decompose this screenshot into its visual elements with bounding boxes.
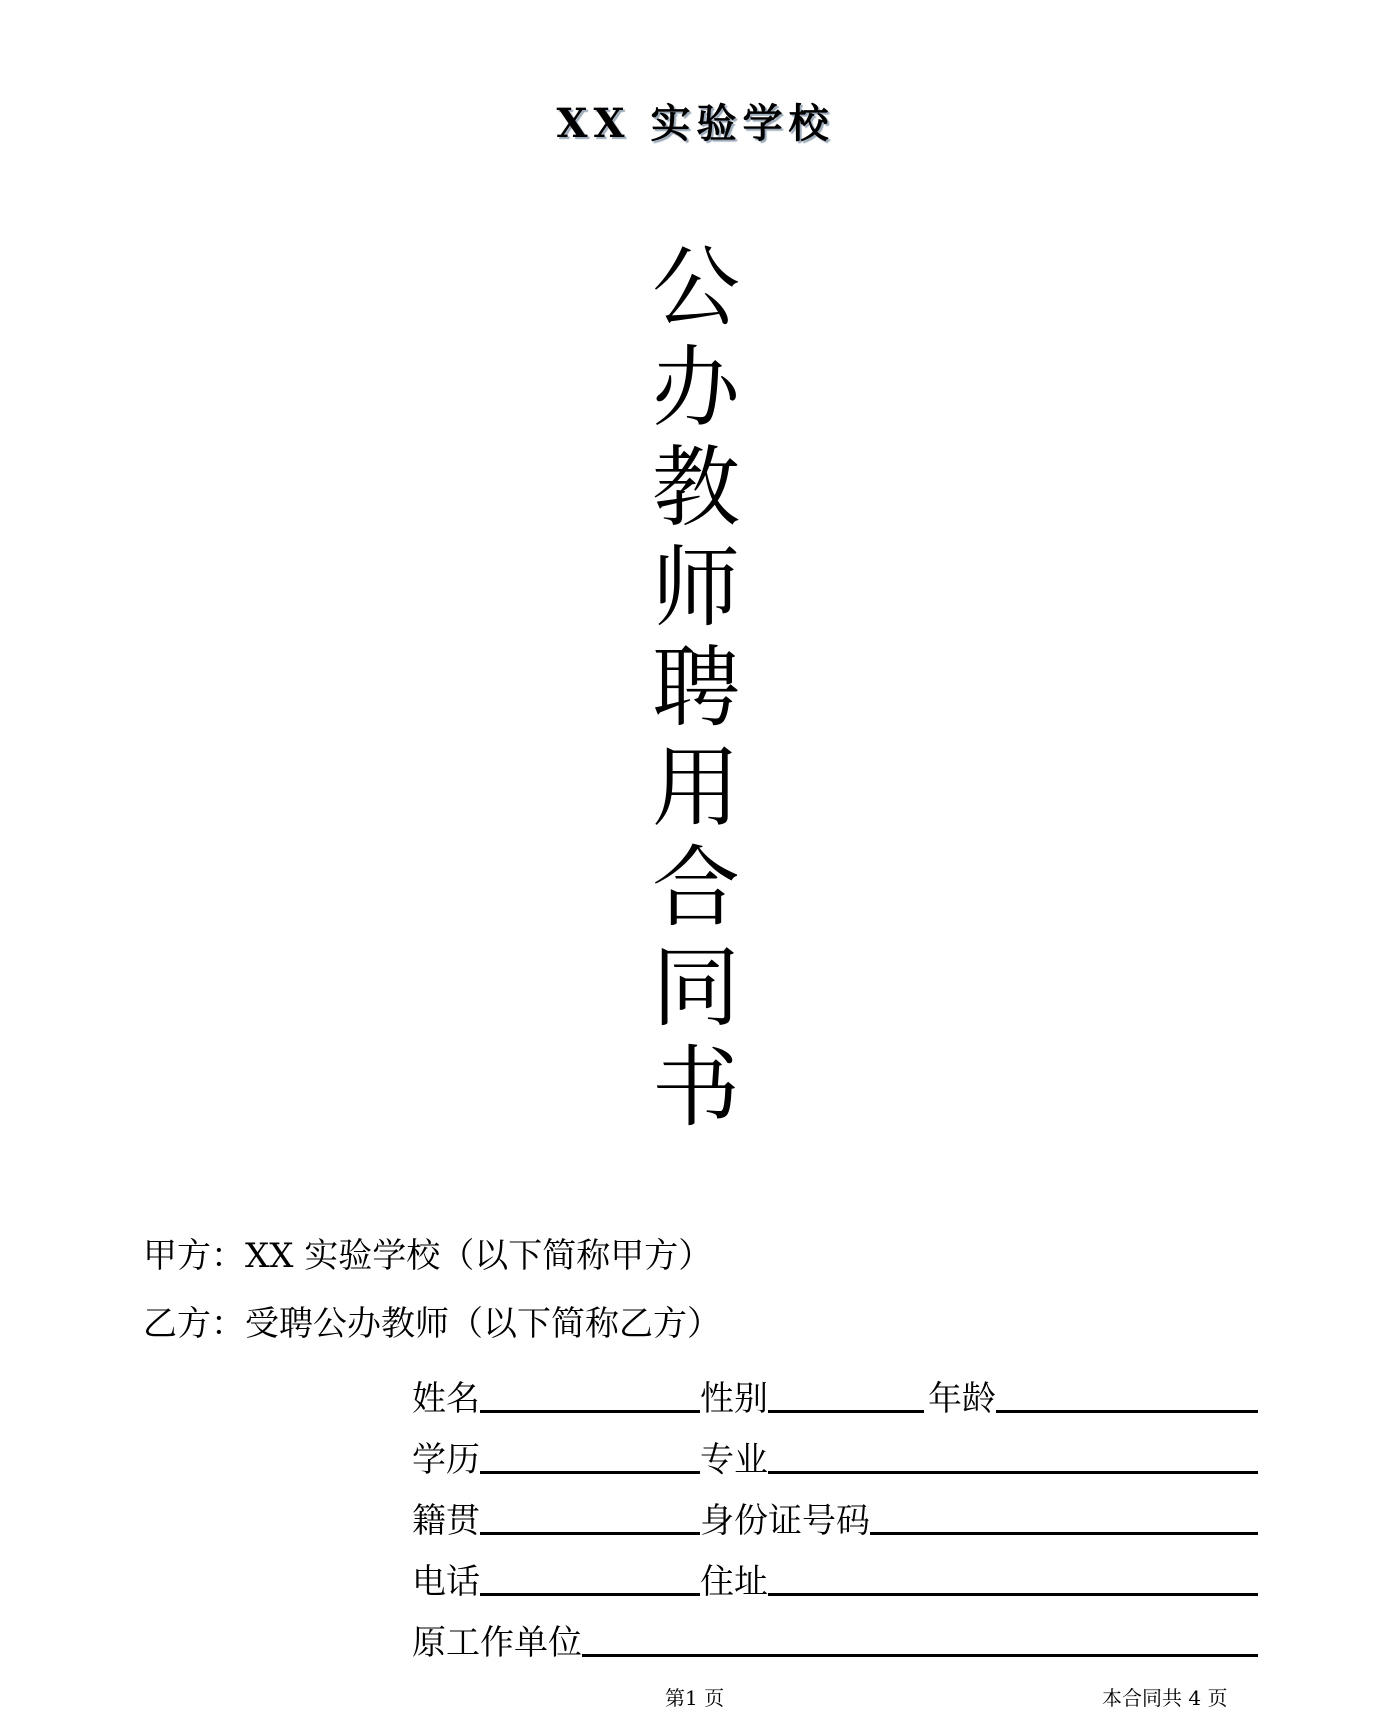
major-label: 专业 — [700, 1440, 768, 1480]
education-field[interactable] — [480, 1471, 700, 1474]
form-row-name: 姓名 性别 年龄 — [412, 1358, 1258, 1419]
title-char: 师 — [646, 538, 746, 638]
name-field[interactable] — [480, 1410, 700, 1413]
contract-title: 公 办 教 师 聘 用 合 同 书 — [646, 238, 746, 1138]
title-char: 书 — [646, 1038, 746, 1138]
form-row-native-place: 籍贯 身份证号码 — [412, 1480, 1258, 1541]
personal-info-form: 姓名 性别 年龄 学历 专业 籍贯 身份证号码 电话 住址 原工作单位 — [412, 1358, 1258, 1663]
native-place-label: 籍贯 — [412, 1501, 480, 1541]
age-label: 年龄 — [928, 1379, 996, 1419]
id-number-label: 身份证号码 — [700, 1501, 870, 1541]
name-label: 姓名 — [412, 1379, 480, 1419]
age-field[interactable] — [996, 1410, 1258, 1413]
form-row-former-employer: 原工作单位 — [412, 1602, 1258, 1663]
party-b-line: 乙方：受聘公办教师（以下简称乙方） — [143, 1296, 721, 1345]
title-char: 同 — [646, 938, 746, 1038]
page-number: 第1 页 — [665, 1682, 724, 1711]
party-a-line: 甲方：XX 实验学校（以下简称甲方） — [143, 1228, 712, 1277]
id-number-field[interactable] — [870, 1532, 1258, 1535]
title-char: 公 — [646, 238, 746, 338]
title-char: 合 — [646, 838, 746, 938]
total-pages: 本合同共 4 页 — [1102, 1682, 1227, 1711]
gender-label: 性别 — [700, 1379, 768, 1419]
major-field[interactable] — [768, 1471, 1258, 1474]
phone-field[interactable] — [480, 1593, 700, 1596]
native-place-field[interactable] — [480, 1532, 700, 1535]
former-employer-label: 原工作单位 — [412, 1623, 582, 1663]
title-char: 聘 — [646, 638, 746, 738]
school-name-heading: XX 实验学校 — [0, 92, 1391, 149]
title-char: 教 — [646, 438, 746, 538]
title-char: 用 — [646, 738, 746, 838]
phone-label: 电话 — [412, 1562, 480, 1602]
address-field[interactable] — [768, 1593, 1258, 1596]
title-char: 办 — [646, 338, 746, 438]
form-row-phone: 电话 住址 — [412, 1541, 1258, 1602]
form-row-education: 学历 专业 — [412, 1419, 1258, 1480]
former-employer-field[interactable] — [582, 1654, 1258, 1657]
address-label: 住址 — [700, 1562, 768, 1602]
education-label: 学历 — [412, 1440, 480, 1480]
gender-field[interactable] — [768, 1410, 924, 1413]
